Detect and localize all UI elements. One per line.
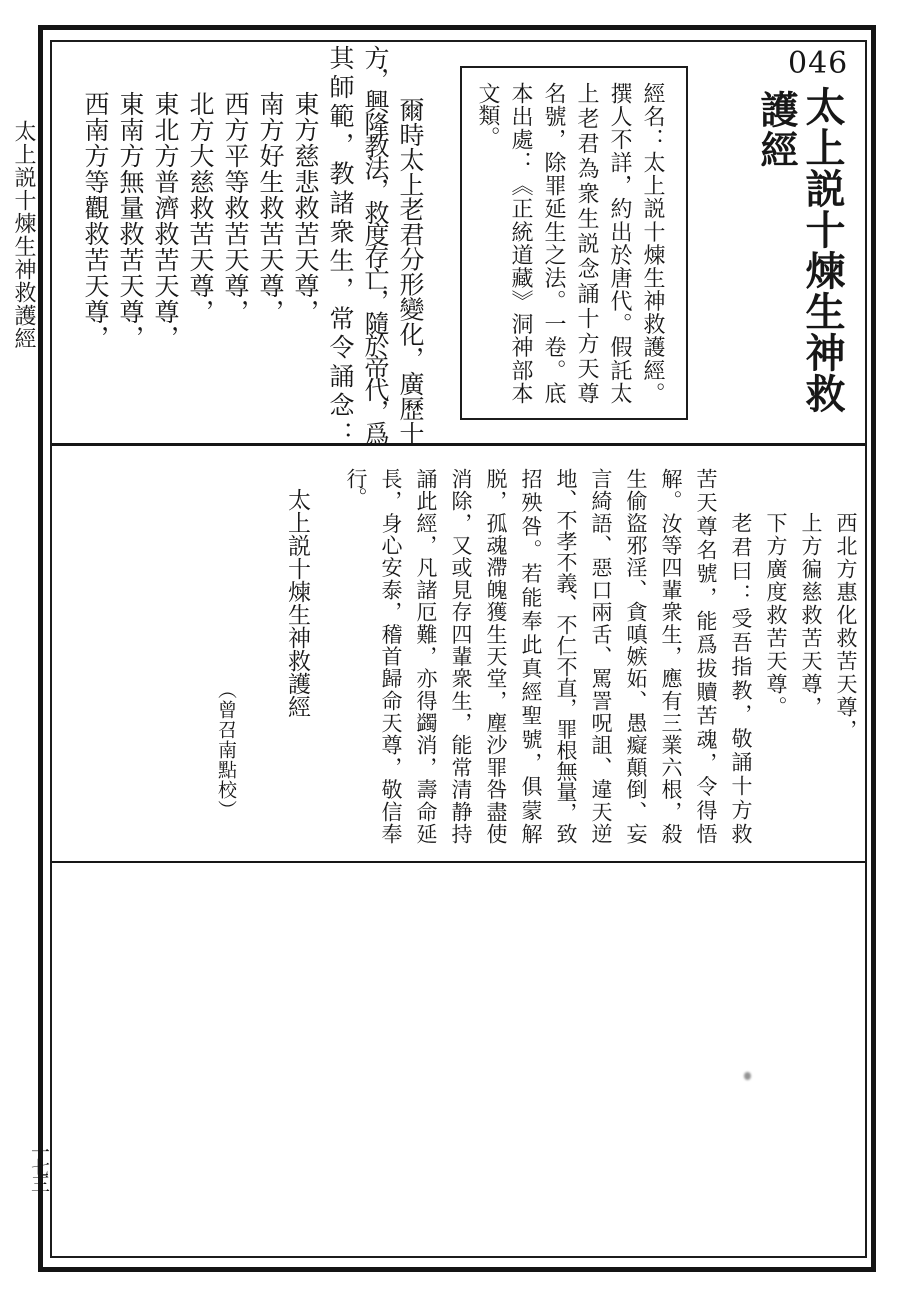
- abstract-column: 文類。: [472, 82, 505, 404]
- main-title-column-2: 護經: [748, 90, 803, 170]
- text-column: 行。: [338, 468, 373, 842]
- closing-title: 太上説十煉生神救護經: [281, 488, 314, 718]
- deity-name-column: 西北方惠化救苦天尊，: [828, 468, 863, 842]
- text-column: 老君曰：受吾指教，敬誦十方救: [723, 468, 758, 842]
- abstract-column: 撰人不詳，約出於唐代。假託太: [604, 82, 637, 404]
- abstract-column: 名號，除罪延生之法。一卷。底: [538, 82, 571, 404]
- text-column: 消除，又或見存四輩衆生，能常清静持: [443, 468, 478, 842]
- text-column: 招殃咎。若能奉此真經聖號，俱蒙解: [513, 468, 548, 842]
- text-column: 解。汝等四輩衆生，應有三業六根，殺: [653, 468, 688, 842]
- deity-name-column: 東南方無量救苦天尊，: [112, 45, 147, 443]
- deity-name-column: 上方徧慈救苦天尊，: [793, 468, 828, 842]
- deity-name-column: 東方慈悲救苦天尊，: [287, 45, 322, 443]
- text-column: 長，身心安泰，稽首歸命天尊，敬信奉: [373, 468, 408, 842]
- abstract-column: 經名：太上説十煉生神救護經。: [637, 82, 670, 404]
- abstract-column: 上老君為衆生説念誦十方天尊: [571, 82, 604, 404]
- scanned-scripture-page: 太上説十煉生神救護經 一七三 046 太上説十煉生神救 護經 經名：太上説十煉生…: [0, 0, 900, 1300]
- deity-name-column: 北方大慈救苦天尊，: [182, 45, 217, 443]
- text-column: 言綺語、惡口兩舌、罵詈呪詛、違天逆: [583, 468, 618, 842]
- abstract-box: 經名：太上説十煉生神救護經。 撰人不詳，約出於唐代。假託太 上老君為衆生説念誦十…: [460, 66, 688, 420]
- deity-name-column: 西方平等救苦天尊，: [217, 45, 252, 443]
- horizontal-rule-top: [52, 443, 865, 446]
- text-column: 苦天尊名號，能爲拔贖苦魂，令得悟: [688, 468, 723, 842]
- catalog-number: 046: [788, 46, 848, 81]
- editor-note: （曾召南點校）: [212, 680, 239, 820]
- abstract-text: 經名：太上説十煉生神救護經。 撰人不詳，約出於唐代。假託太 上老君為衆生説念誦十…: [472, 82, 670, 404]
- deity-name-column: 南方好生救苦天尊，: [252, 45, 287, 443]
- text-column: 脱，孤魂滯魄獲生天堂，塵沙罪咎盡使: [478, 468, 513, 842]
- body-text-section-2: 西北方惠化救苦天尊， 上方徧慈救苦天尊， 下方廣度救苦天尊。 老君曰：受吾指教，…: [338, 468, 863, 842]
- deity-name-column: 下方廣度救苦天尊。: [758, 468, 793, 842]
- text-column: 地、不孝不義、不仁不直，罪根無量，致: [548, 468, 583, 842]
- margin-title: 太上説十煉生神救護經: [9, 120, 40, 350]
- deity-name-column: 西南方等觀救苦天尊，: [77, 45, 112, 443]
- scan-artifact: [744, 1072, 751, 1080]
- body-text-section-1: 爾時太上老君分形變化，廣歷十 方，興隆教法，救度存亡，隨於帝代，爲 其師範，教諸…: [75, 45, 427, 443]
- text-column: 生偷盜邪淫、貪嗔嫉妬、愚癡顛倒、妄: [618, 468, 653, 842]
- deity-name-column: 東北方普濟救苦天尊，: [147, 45, 182, 443]
- abstract-column: 本出處：《正統道藏》洞神部本: [505, 82, 538, 404]
- horizontal-rule-bottom: [52, 861, 865, 863]
- text-column: 方，興隆教法，救度存亡，隨於帝代，爲: [357, 45, 392, 443]
- text-column: 爾時太上老君分形變化，廣歷十: [392, 45, 427, 443]
- text-column: 誦此經，凡諸厄難，亦得蠲消，壽命延: [408, 468, 443, 842]
- text-column: 其師範，教諸衆生，常令誦念：: [322, 45, 357, 443]
